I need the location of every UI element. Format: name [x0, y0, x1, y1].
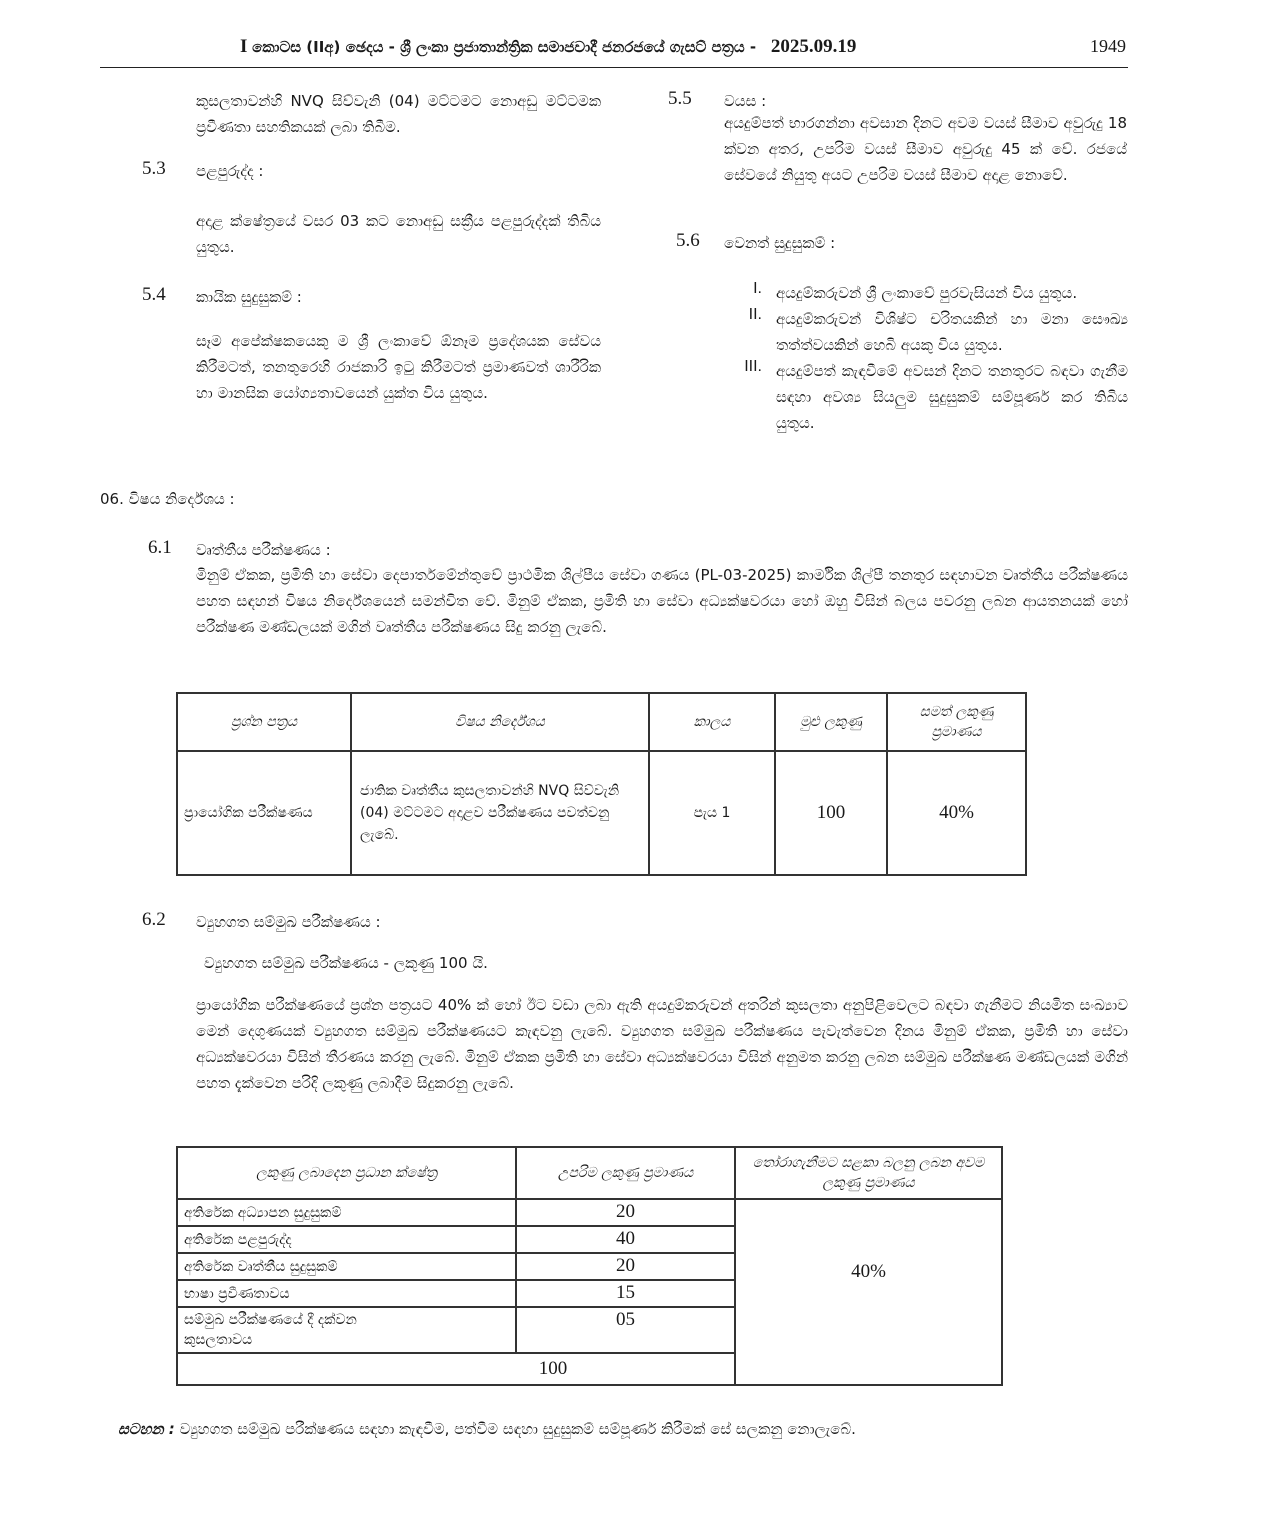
continued-text: කුසලතාවන්හි NVQ සිව්වැනි (04) මට්ටමට නොඅ… [196, 88, 601, 140]
table-header-row: ප්‍රශ්න පත්‍රය විෂය නිර්දේශය කාලය මුළු ල… [177, 693, 1026, 751]
list-item-text: අයදුම්පත් කැඳවීමේ අවසන් දිනට තනතුරට බඳවා… [776, 358, 1128, 436]
section-5-3-number: 5.3 [142, 158, 166, 180]
min-marks-cell: 40% [735, 1199, 1002, 1385]
other-qualifications-list: I. අයදුම්කරුවන් ශ්‍රී ලංකාවේ පුරවැසියන් … [722, 280, 1128, 436]
section-6-2-body: ප්‍රායෝගික පරීක්ෂණයේ ප්‍රශ්න පත්‍රයට 40%… [196, 992, 1128, 1096]
header-date: 2025.09.19 [771, 36, 857, 57]
list-marker: II. [722, 306, 762, 358]
column-header: ප්‍රශ්න පත්‍රය [177, 693, 351, 751]
section-5-3-body: අදාළ ක්ෂේත්‍රයේ වසර 03 කට නොඅඩු සක්‍රීය … [196, 208, 601, 260]
column-header: ලකුණු ලබාදෙන ප්‍රධාන ක්ෂේත්‍ර [177, 1147, 516, 1199]
column-header: කාලය [649, 693, 775, 751]
section-6-1-number: 6.1 [148, 537, 172, 559]
page-number: 1949 [1090, 36, 1126, 57]
note-text: ව්‍යුහගත සම්මුඛ පරීක්ෂණය සඳහා කැඳවීම, පත… [180, 1420, 856, 1438]
table-cell: පැය 1 [649, 751, 775, 875]
table-cell: සම්මුඛ පරීක්ෂණයේ දී දක්වන කුසලතාවය [177, 1307, 516, 1353]
section-5-5-body: අයදුම්පත් භාරගන්නා අවසාන දිනට අවම වයස් ස… [724, 110, 1127, 188]
list-marker: I. [722, 280, 762, 306]
section-5-5-number: 5.5 [668, 88, 692, 110]
table-row: ප්‍රායෝගික පරීක්ෂණය ජාතික වෘත්තීය කුසලතා… [177, 751, 1026, 875]
practical-exam-table: ප්‍රශ්න පත්‍රය විෂය නිර්දේශය කාලය මුළු ල… [176, 692, 1027, 876]
list-item: II. අයදුම්කරුවන් විශිෂ්ට චරිතයකින් හා මන… [722, 306, 1128, 358]
header-part: I [240, 36, 247, 57]
section-6-1-title: වෘත්තීය පරීක්ෂණය : [196, 541, 331, 559]
section-6-heading: 06. විෂය නිර්දේශය : [100, 488, 235, 510]
table-cell: අතිරේක පළපුරුද්ද [177, 1226, 516, 1253]
list-item: III. අයදුම්පත් කැඳවීමේ අවසන් දිනට තනතුරට… [722, 358, 1128, 436]
list-marker: III. [722, 358, 762, 436]
table-cell: ජාතික වෘත්තීය කුසලතාවන්හි NVQ සිව්වැනි (… [351, 751, 649, 875]
header-title-text: කොටස (IIඅ) ඡෙදය - ශ්‍රී ලංකා ප්‍රජාතාන්ත… [252, 38, 756, 56]
column-header: තෝරාගැනීමට සළකා බලනු ලබන අවම ලකුණු ප්‍රම… [735, 1147, 1002, 1199]
table-cell: භාෂා ප්‍රවීණතාවය [177, 1280, 516, 1307]
column-header: උපරිම ලකුණු ප්‍රමාණය [516, 1147, 735, 1199]
section-5-4-title: කායික සුදුසුකම් : [196, 288, 302, 306]
table-cell: 40 [516, 1226, 735, 1253]
table-cell: 40% [887, 751, 1026, 875]
section-5-4-number: 5.4 [142, 284, 166, 306]
section-5-4-body: සෑම අපේක්ෂකයෙකු ම ශ්‍රී ලංකාවේ ඕනෑම ප්‍ර… [196, 328, 601, 406]
section-6-2-number: 6.2 [142, 909, 166, 931]
list-item-text: අයදුම්කරුවන් ශ්‍රී ලංකාවේ පුරවැසියන් විය… [776, 280, 1128, 306]
column-header: සමත් ලකුණු ප්‍රමාණය [887, 693, 1026, 751]
table-row: අතිරේක අධ්‍යාපන සුදුසුකම් 20 40% [177, 1199, 1002, 1226]
note-label: සටහන : [118, 1420, 175, 1438]
column-header: විෂය නිර්දේශය [351, 693, 649, 751]
table-cell: 100 [775, 751, 887, 875]
table-cell: 20 [516, 1253, 735, 1280]
section-5-5-title: වයස : [724, 92, 766, 110]
section-5-6-title: වෙනත් සුදුසුකම් : [724, 234, 835, 252]
list-item-text: අයදුම්කරුවන් විශිෂ්ට චරිතයකින් හා මනා සෞ… [776, 306, 1128, 358]
interview-marks-table: ලකුණු ලබාදෙන ප්‍රධාන ක්ෂේත්‍ර උපරිම ලකුණ… [176, 1146, 1003, 1386]
table-header-row: ලකුණු ලබාදෙන ප්‍රධාන ක්ෂේත්‍ර උපරිම ලකුණ… [177, 1147, 1002, 1199]
list-item: I. අයදුම්කරුවන් ශ්‍රී ලංකාවේ පුරවැසියන් … [722, 280, 1128, 306]
section-5-6-number: 5.6 [676, 230, 700, 252]
interview-summary: ව්‍යුහගත සම්මුඛ පරීක්ෂණය - ලකුණු 100 යි. [204, 954, 488, 972]
total-cell: 100 [177, 1353, 735, 1385]
gazette-header: I කොටස (IIඅ) ඡෙදය - ශ්‍රී ලංකා ප්‍රජාතාන… [240, 36, 1000, 58]
section-6-2-title: ව්‍යුහගත සම්මුඛ පරීක්ෂණය : [196, 913, 381, 931]
section-6-1-body: මිනුම් ඒකක, ප්‍රමිති හා සේවා දෙපාර්තමේන්… [196, 562, 1128, 640]
table-cell: අතිරේක අධ්‍යාපන සුදුසුකම් [177, 1199, 516, 1226]
note: සටහන : ව්‍යුහගත සම්මුඛ පරීක්ෂණය සඳහා කැඳ… [118, 1420, 856, 1438]
section-5-3-title: පළපුරුද්ද : [196, 162, 263, 180]
table-cell: 05 [516, 1307, 735, 1353]
table-cell: 20 [516, 1199, 735, 1226]
table-cell: ප්‍රායෝගික පරීක්ෂණය [177, 751, 351, 875]
column-header: මුළු ලකුණු [775, 693, 887, 751]
table-cell: 15 [516, 1280, 735, 1307]
table-cell: අතිරේක වෘත්තීය සුදුසුකම් [177, 1253, 516, 1280]
header-divider [100, 67, 1128, 68]
